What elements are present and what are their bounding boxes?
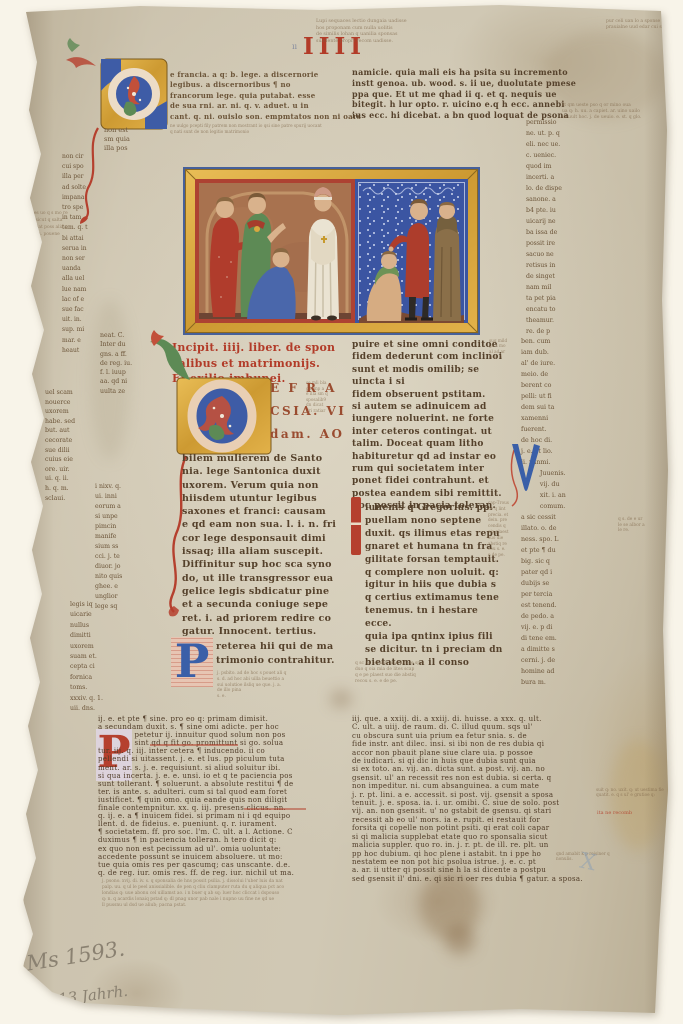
right-margin-note-bottom: qnd amabit k p rejsiner q nonulis. bbox=[556, 851, 678, 862]
left-gloss-block5: legis iq uicarie nullus dimitti uxorem s… bbox=[70, 600, 138, 714]
right-margin-note-top: st qm ueste pso q or mino oua ua q: h. u… bbox=[562, 103, 662, 120]
left-margin-note-block: sup q collatioes uo q s mo re de illa ui… bbox=[4, 210, 98, 245]
right-margin-red-note: ita ne recomb bbox=[597, 810, 632, 816]
opening-gloss-continuation: non est sm quia illa pos bbox=[104, 126, 164, 153]
manuscript-scan: IIII ıı Lupi sequaces lectio dungaia uad… bbox=[0, 0, 683, 1024]
bottom-left-corner-note: xx. et si ob. ff. a si q. pe. bbox=[2, 740, 34, 757]
left-margin-red-note: q: sponsa bbox=[8, 516, 32, 522]
fox-stain bbox=[445, 925, 475, 955]
illuminated-initial-p-blue: P bbox=[171, 637, 213, 687]
gloss-column-head-faint: sug mild ga s mo al ad ar si q: h bbox=[489, 338, 523, 360]
left-gloss-block4: i nixv. q. ui. inni eorum a si unpe pimc… bbox=[95, 482, 149, 612]
iuuenis-text: iuuenis q Gregorius. pp. puellam nono se… bbox=[365, 502, 507, 670]
between-blocks-gloss: q sc ad osculdr a le fiat de spo. duo q … bbox=[355, 661, 473, 685]
top-right-corner-gloss: pur celi uan lo a sponse fiant prauialne… bbox=[606, 19, 678, 31]
miniature-marriage-scene bbox=[183, 167, 480, 335]
illuminated-initial-q bbox=[176, 374, 272, 458]
right-narrow-gloss-column: permissio ne. ut. p. q eli. nec ue. c. u… bbox=[526, 117, 564, 337]
top-center-gloss: Lupi sequaces lectio dungaia uadisse hos… bbox=[316, 19, 486, 45]
right-gloss-column: ben. cum iam dub. al' de iure. meio. de … bbox=[521, 336, 569, 688]
manuscript-leaf: IIII ıı Lupi sequaces lectio dungaia uad… bbox=[0, 0, 683, 1024]
century-pencil: 13 Jahrh. bbox=[57, 982, 129, 1008]
initial-q-leaf-spray bbox=[148, 326, 192, 382]
footnote-gloss: j. psono. xvij. di. iv. s. q sponsalia d… bbox=[102, 879, 397, 909]
preterea-text: reterea hii qui de ma trimonio contrahit… bbox=[216, 640, 361, 668]
right-column-upper-text: namicie. quia mali eis ha psita su incre… bbox=[352, 67, 594, 121]
interlinear-faint-gloss: ne uulgo pcepti fily patrem non mostrant… bbox=[170, 123, 410, 134]
initial-d-sprout bbox=[62, 38, 98, 68]
edge-shadow bbox=[24, 8, 54, 1008]
illuminated-initial-i-red bbox=[351, 497, 361, 555]
illuminated-initial-v-blue bbox=[508, 442, 542, 508]
leaf-wrapper: IIII ıı Lupi sequaces lectio dungaia uad… bbox=[0, 0, 683, 1024]
incipit-display-capitals: E F R A CSIA. VI dam. AO bbox=[270, 377, 355, 446]
red-underline bbox=[150, 744, 238, 746]
left-margin-faint-note: de sposa re bbox=[2, 556, 28, 561]
right-margin-note-mid: q s. de e ur le se albor a le re. bbox=[618, 517, 678, 534]
left-margin-strip-gloss: non cir cui spo illa per ad solte impana… bbox=[62, 152, 100, 356]
bottom-left-commentary: ij. e. et pte ¶ sine. pro eo q: primam d… bbox=[98, 715, 360, 877]
left-gloss-block2: neat. C. Inter du gns. a ff. de reg. iu.… bbox=[100, 331, 150, 396]
left-gloss-block3: uel scam nouerce uxorem habe. sed but. a… bbox=[45, 388, 99, 503]
right-column-mid-text: puire et sine omni conditoe fidem dederu… bbox=[352, 339, 506, 513]
preterea-faint-gloss: j. psbito. ad de hoc s pouet ali q s. d.… bbox=[217, 671, 355, 700]
tick-marks: ıı bbox=[292, 42, 297, 51]
right-margin-note-low: suit q: no. uxit. q: ut uestima fie quat… bbox=[596, 787, 683, 798]
red-underline bbox=[244, 808, 306, 810]
inter-column-faint-gloss: cap-Trous de q lint precia. et dein. pre… bbox=[488, 500, 522, 558]
illuminated-initial-d bbox=[100, 58, 168, 130]
left-column-main-text: bilem mulierem de Santo nia. lege Santon… bbox=[182, 452, 354, 638]
